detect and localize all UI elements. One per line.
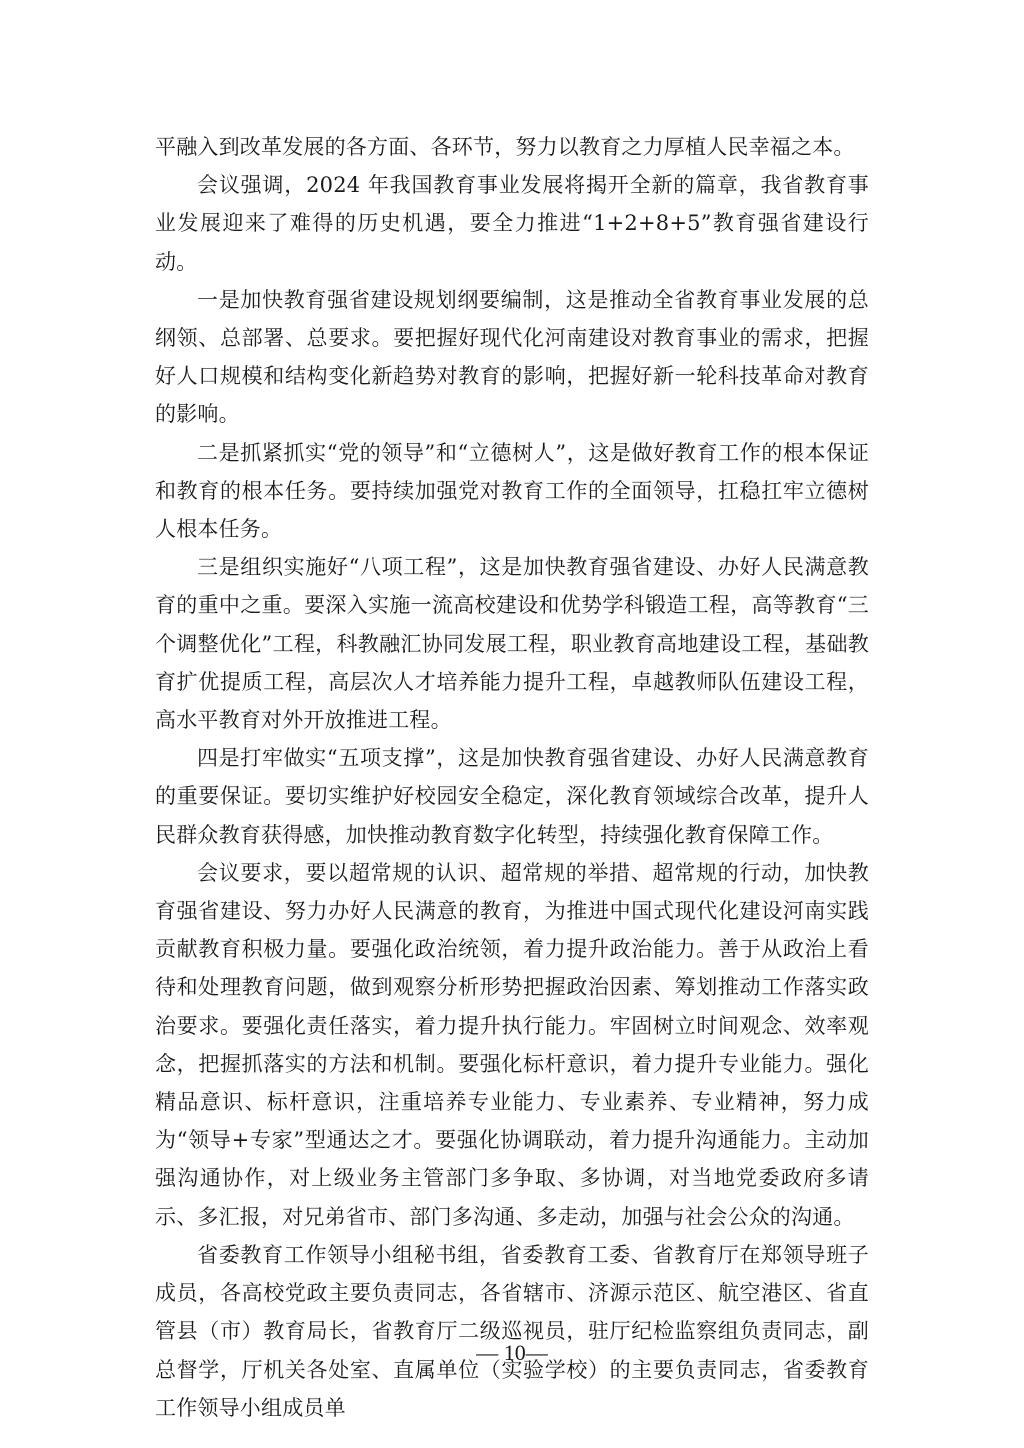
paragraph-2: 会议强调，2024 年我国教育事业发展将揭开全新的篇章，我省教育事业发展迎来了难… <box>155 166 869 281</box>
paragraph-4: 二是抓紧抓实“党的领导”和“立德树人”，这是做好教育工作的根本保证和教育的根本任… <box>155 434 869 549</box>
document-body: 平融入到改革发展的各方面、各环节，努力以教育之力厚植人民幸福之本。 会议强调，2… <box>155 128 869 1427</box>
paragraph-3: 一是加快教育强省建设规划纲要编制，这是推动全省教育事业发展的总纲领、总部署、总要… <box>155 281 869 434</box>
paragraph-8: 省委教育工作领导小组秘书组，省委教育工委、省教育厅在郑领导班子成员，各高校党政主… <box>155 1236 869 1427</box>
paragraph-7: 会议要求，要以超常规的认识、超常规的举措、超常规的行动，加快教育强省建设、努力办… <box>155 854 869 1236</box>
paragraph-5: 三是组织实施好“八项工程”，这是加快教育强省建设、办好人民满意教育的重中之重。要… <box>155 548 869 739</box>
page-number: — 10— <box>0 1340 1024 1366</box>
paragraph-6: 四是打牢做实“五项支撑”，这是加快教育强省建设、办好人民满意教育的重要保证。要切… <box>155 739 869 854</box>
paragraph-1: 平融入到改革发展的各方面、各环节，努力以教育之力厚植人民幸福之本。 <box>155 128 869 166</box>
